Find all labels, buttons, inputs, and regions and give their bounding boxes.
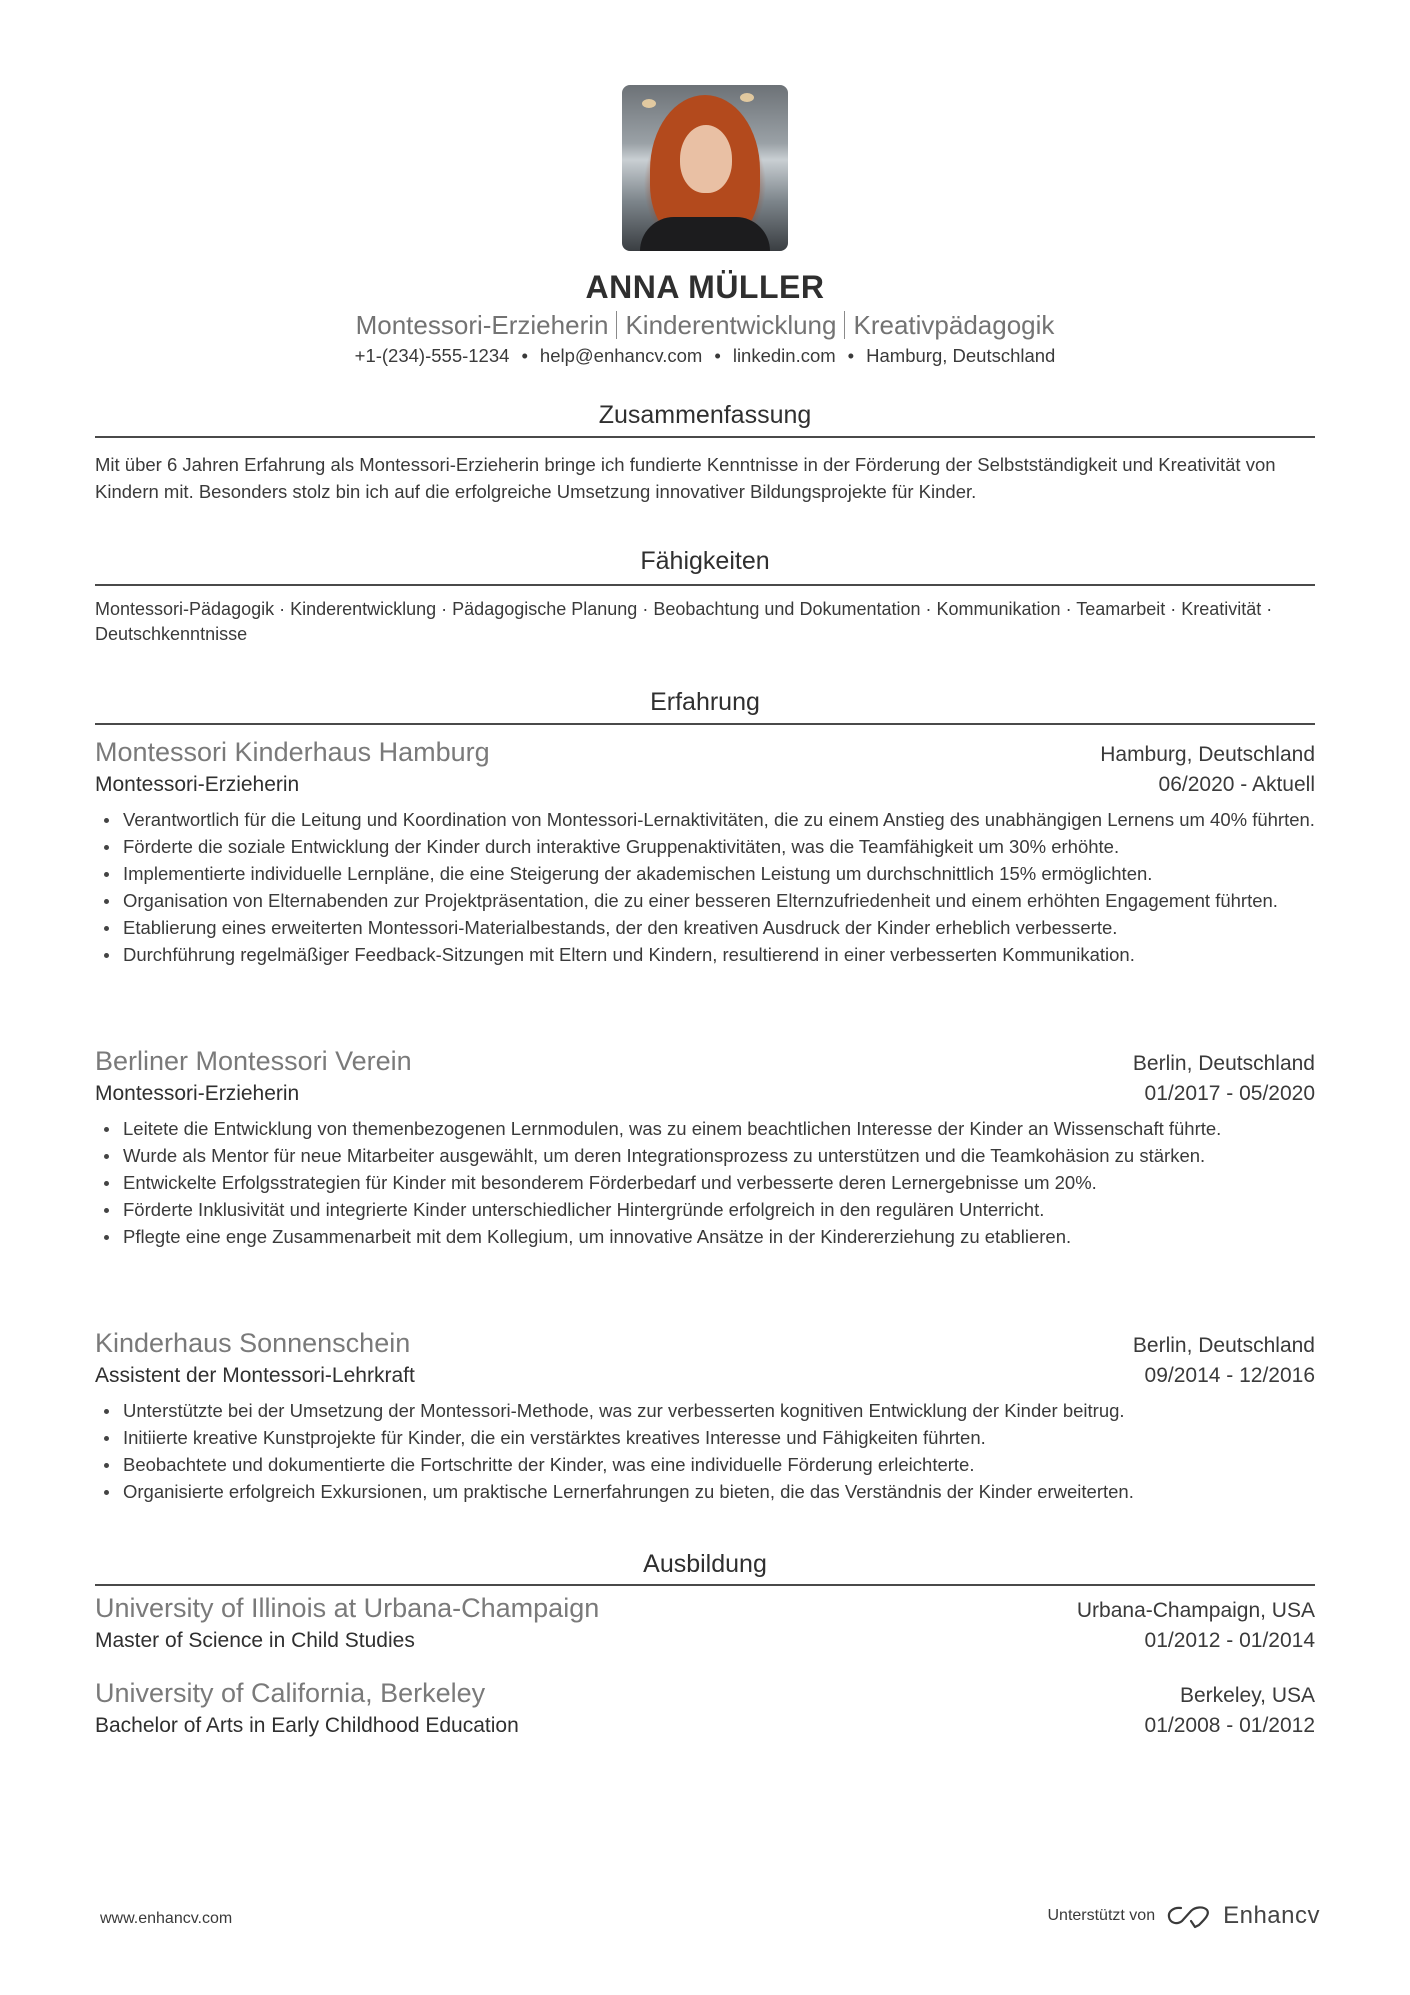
headline-divider (844, 311, 845, 339)
footer-website-link[interactable]: www.enhancv.com (100, 1910, 232, 1928)
education-subheader: Bachelor of Arts in Early Childhood Educ… (95, 1711, 1315, 1741)
job-role: Montessori-Erzieherin (95, 770, 299, 800)
powered-by-label: Unterstützt von (1047, 1907, 1155, 1925)
headline-item: Kinderentwicklung (625, 310, 836, 340)
bullet-item: Pflegte eine enge Zusammenarbeit mit dem… (95, 1223, 1315, 1250)
bullet-item: Durchführung regelmäßiger Feedback-Sitzu… (95, 941, 1315, 968)
contact-info: +1-(234)-555-1234•help@enhancv.com•linke… (95, 343, 1315, 369)
job-location: Berlin, Deutschland (1133, 1049, 1315, 1079)
location: Hamburg, Deutschland (866, 345, 1055, 366)
bullet-item: Organisation von Elternabenden zur Proje… (95, 887, 1315, 914)
section-title-education: Ausbildung (95, 1548, 1315, 1580)
job-bullets: Unterstützte bei der Umsetzung der Monte… (95, 1397, 1315, 1505)
bullet-item: Etablierung eines erweiterten Montessori… (95, 914, 1315, 941)
bullet-item: Förderte die soziale Entwicklung der Kin… (95, 833, 1315, 860)
job-subheader: Montessori-Erzieherin 06/2020 - Aktuell (95, 770, 1315, 800)
summary-text: Mit über 6 Jahren Erfahrung als Montesso… (95, 451, 1315, 505)
job-subheader: Assistent der Montessori-Lehrkraft 09/20… (95, 1361, 1315, 1391)
job-header: Kinderhaus Sonnenschein Berlin, Deutschl… (95, 1326, 1315, 1361)
enhancv-logo-icon (1165, 1903, 1213, 1929)
bullet-item: Organisierte erfolgreich Exkursionen, um… (95, 1478, 1315, 1505)
section-divider (95, 584, 1315, 586)
job-role: Assistent der Montessori-Lehrkraft (95, 1361, 415, 1391)
bullet-item: Beobachtete und dokumentierte die Fortsc… (95, 1451, 1315, 1478)
headline: Montessori-ErzieherinKinderentwicklungKr… (95, 308, 1315, 342)
job-bullets: Leitete die Entwicklung von themenbezoge… (95, 1115, 1315, 1250)
job-subheader: Montessori-Erzieherin 01/2017 - 05/2020 (95, 1079, 1315, 1109)
job-location: Berlin, Deutschland (1133, 1331, 1315, 1361)
candidate-name: ANNA MÜLLER (95, 268, 1315, 306)
job-dates: 06/2020 - Aktuell (1159, 770, 1315, 800)
bullet-item: Leitete die Entwicklung von themenbezoge… (95, 1115, 1315, 1142)
headline-item: Kreativpädagogik (853, 310, 1054, 340)
section-divider (95, 436, 1315, 438)
bullet-separator: • (848, 345, 854, 366)
company-name: Kinderhaus Sonnenschein (95, 1326, 410, 1360)
section-divider (95, 723, 1315, 725)
section-title-skills: Fähigkeiten (95, 545, 1315, 577)
job-dates: 09/2014 - 12/2016 (1145, 1361, 1315, 1391)
education-header: University of California, Berkeley Berke… (95, 1676, 1315, 1711)
headline-item: Montessori-Erzieherin (356, 310, 609, 340)
bullet-item: Wurde als Mentor für neue Mitarbeiter au… (95, 1142, 1315, 1169)
bullet-item: Förderte Inklusivität und integrierte Ki… (95, 1196, 1315, 1223)
degree: Master of Science in Child Studies (95, 1626, 415, 1656)
company-name: Berliner Montessori Verein (95, 1044, 412, 1078)
footer-powered-by[interactable]: Unterstützt von Enhancv (1047, 1902, 1320, 1930)
education-header: University of Illinois at Urbana-Champai… (95, 1591, 1315, 1626)
skills-list: Montessori-Pädagogik · Kinderentwicklung… (95, 597, 1325, 647)
bullet-separator: • (521, 345, 527, 366)
school-name: University of California, Berkeley (95, 1676, 485, 1710)
section-divider (95, 1584, 1315, 1586)
bullet-item: Implementierte individuelle Lernpläne, d… (95, 860, 1315, 887)
degree: Bachelor of Arts in Early Childhood Educ… (95, 1711, 519, 1741)
phone[interactable]: +1-(234)-555-1234 (355, 345, 510, 366)
school-location: Berkeley, USA (1180, 1681, 1315, 1711)
headline-divider (616, 311, 617, 339)
bullet-separator: • (714, 345, 720, 366)
job-bullets: Verantwortlich für die Leitung und Koord… (95, 806, 1315, 968)
job-location: Hamburg, Deutschland (1100, 740, 1315, 770)
job-dates: 01/2017 - 05/2020 (1145, 1079, 1315, 1109)
job-header: Berliner Montessori Verein Berlin, Deuts… (95, 1044, 1315, 1079)
company-name: Montessori Kinderhaus Hamburg (95, 735, 490, 769)
job-header: Montessori Kinderhaus Hamburg Hamburg, D… (95, 735, 1315, 770)
email-link[interactable]: help@enhancv.com (540, 345, 702, 366)
education-dates: 01/2008 - 01/2012 (1145, 1711, 1315, 1741)
bullet-item: Verantwortlich für die Leitung und Koord… (95, 806, 1315, 833)
school-name: University of Illinois at Urbana-Champai… (95, 1591, 599, 1625)
education-dates: 01/2012 - 01/2014 (1145, 1626, 1315, 1656)
education-subheader: Master of Science in Child Studies 01/20… (95, 1626, 1315, 1656)
profile-photo (622, 85, 788, 251)
bullet-item: Initiierte kreative Kunstprojekte für Ki… (95, 1424, 1315, 1451)
linkedin-link[interactable]: linkedin.com (733, 345, 836, 366)
enhancv-brand: Enhancv (1223, 1902, 1320, 1930)
school-location: Urbana-Champaign, USA (1077, 1596, 1315, 1626)
job-role: Montessori-Erzieherin (95, 1079, 299, 1109)
bullet-item: Entwickelte Erfolgsstrategien für Kinder… (95, 1169, 1315, 1196)
section-title-summary: Zusammenfassung (95, 399, 1315, 431)
bullet-item: Unterstützte bei der Umsetzung der Monte… (95, 1397, 1315, 1424)
section-title-experience: Erfahrung (95, 686, 1315, 718)
